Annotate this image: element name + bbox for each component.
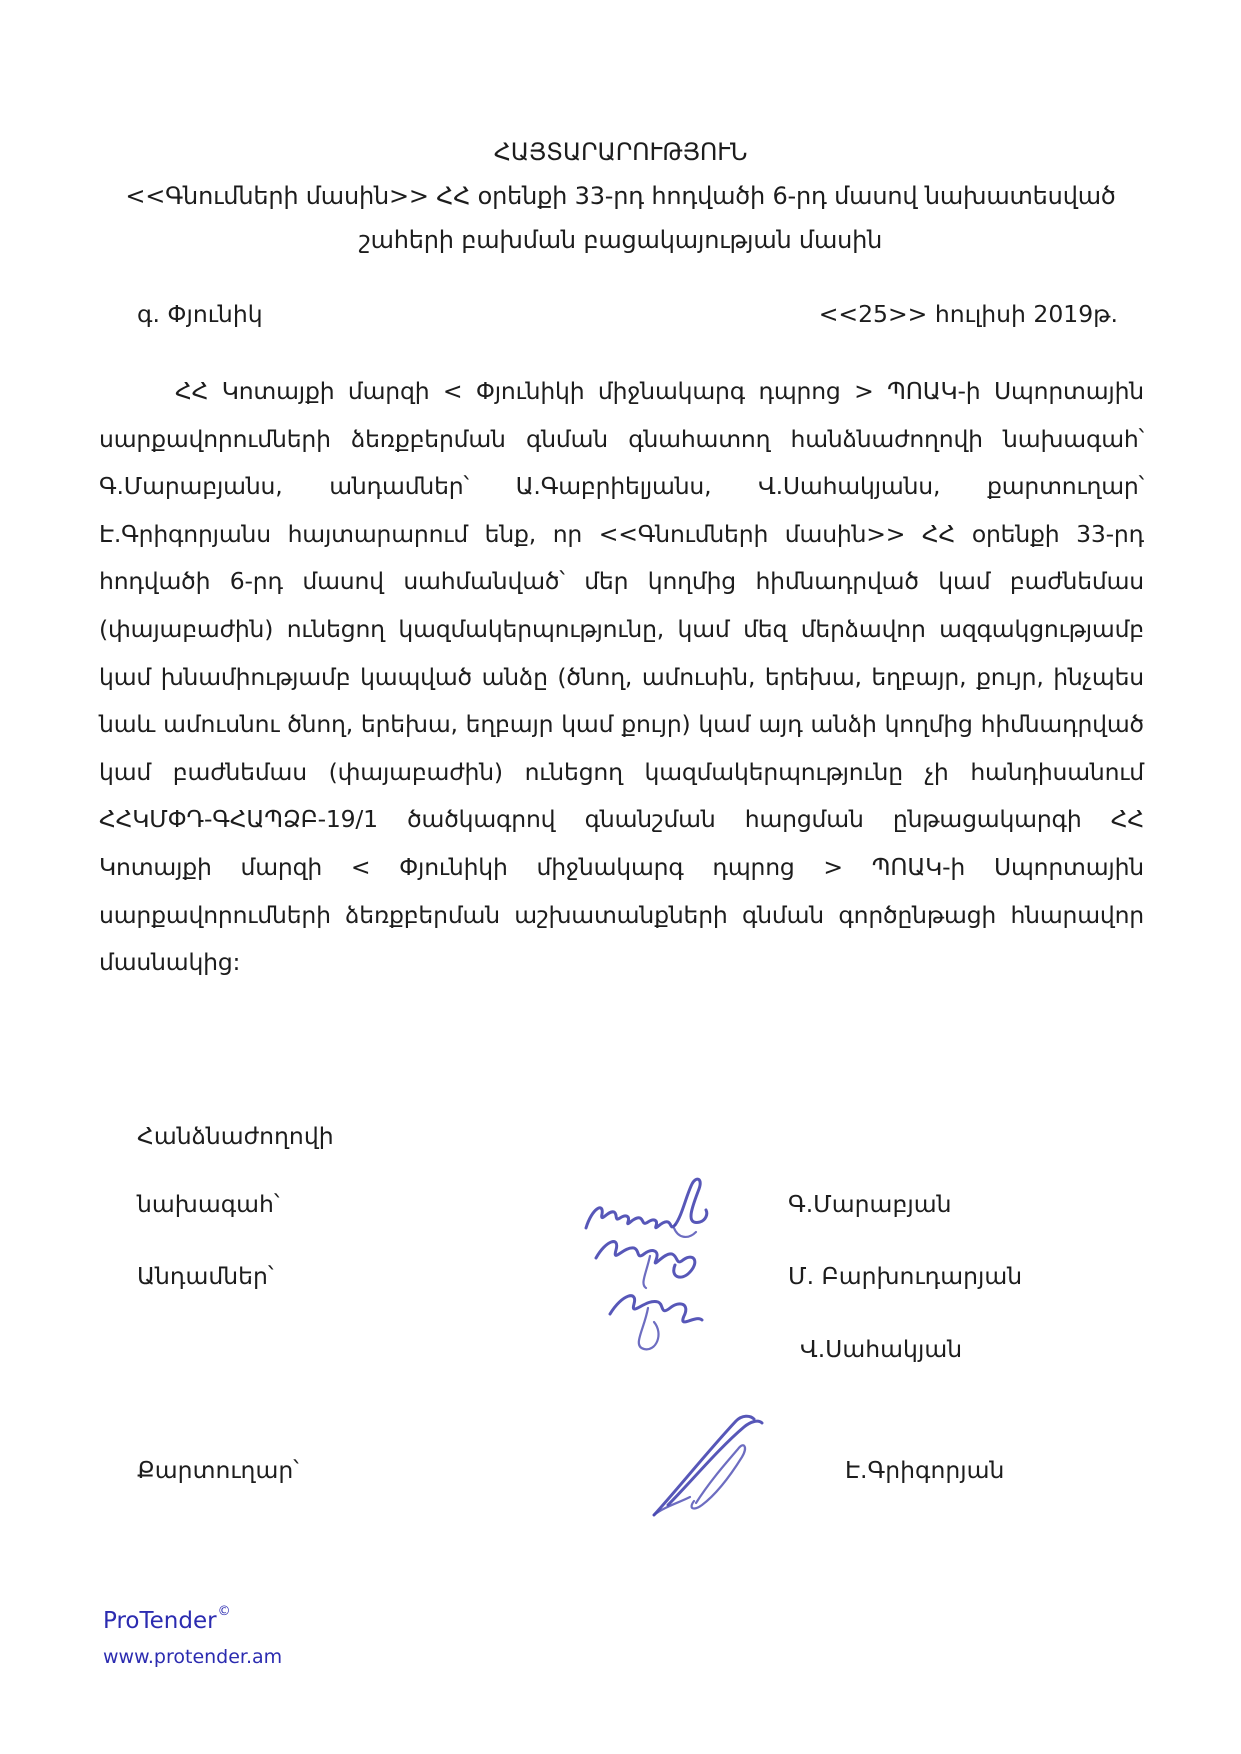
member-2-name: Վ.Սահակյան: [800, 1335, 962, 1363]
document-page: ՀԱՅՏԱՐԱՐՈՒԹՅՈՒՆ <<Գնումների մասին>> ՀՀ օ…: [0, 0, 1241, 1754]
members-label: Անդամներ՝: [137, 1262, 274, 1290]
document-title-line-2: <<Գնումների մասին>> ՀՀ օրենքի 33-րդ հոդվ…: [0, 174, 1241, 218]
document-title-line-1: ՀԱՅՏԱՐԱՐՈՒԹՅՈՒՆ: [0, 130, 1241, 174]
committee-label: Հանձնաժողովի: [137, 1122, 334, 1150]
chairman-name: Գ.Մարաբյան: [788, 1190, 952, 1218]
place-name: գ. Փյունիկ: [137, 300, 263, 328]
document-date: <<25>> հուլիսի 2019թ.: [819, 300, 1118, 328]
document-title-line-3: շահերի բախման բացակայության մասին: [0, 218, 1241, 262]
members-signature: [562, 1222, 737, 1367]
footer-brand-text: ProTender: [103, 1608, 217, 1634]
secretary-signature: [638, 1405, 793, 1530]
footer-brand: ProTender©: [103, 1608, 230, 1634]
secretary-label: Քարտուղար՝: [137, 1456, 299, 1484]
declaration-paragraph: ՀՀ Կոտայքի մարզի < Փյունիկի միջնակարգ դպ…: [99, 368, 1144, 987]
member-1-name: Մ. Բարխուդարյան: [788, 1262, 1022, 1290]
chairman-label: նախագահ՝: [137, 1190, 280, 1218]
footer-url-link[interactable]: www.protender.am: [103, 1646, 282, 1668]
copyright-icon: ©: [218, 1604, 231, 1619]
document-title: ՀԱՅՏԱՐԱՐՈՒԹՅՈՒՆ <<Գնումների մասին>> ՀՀ օ…: [0, 130, 1241, 262]
secretary-name: Է.Գրիգորյան: [845, 1456, 1004, 1484]
